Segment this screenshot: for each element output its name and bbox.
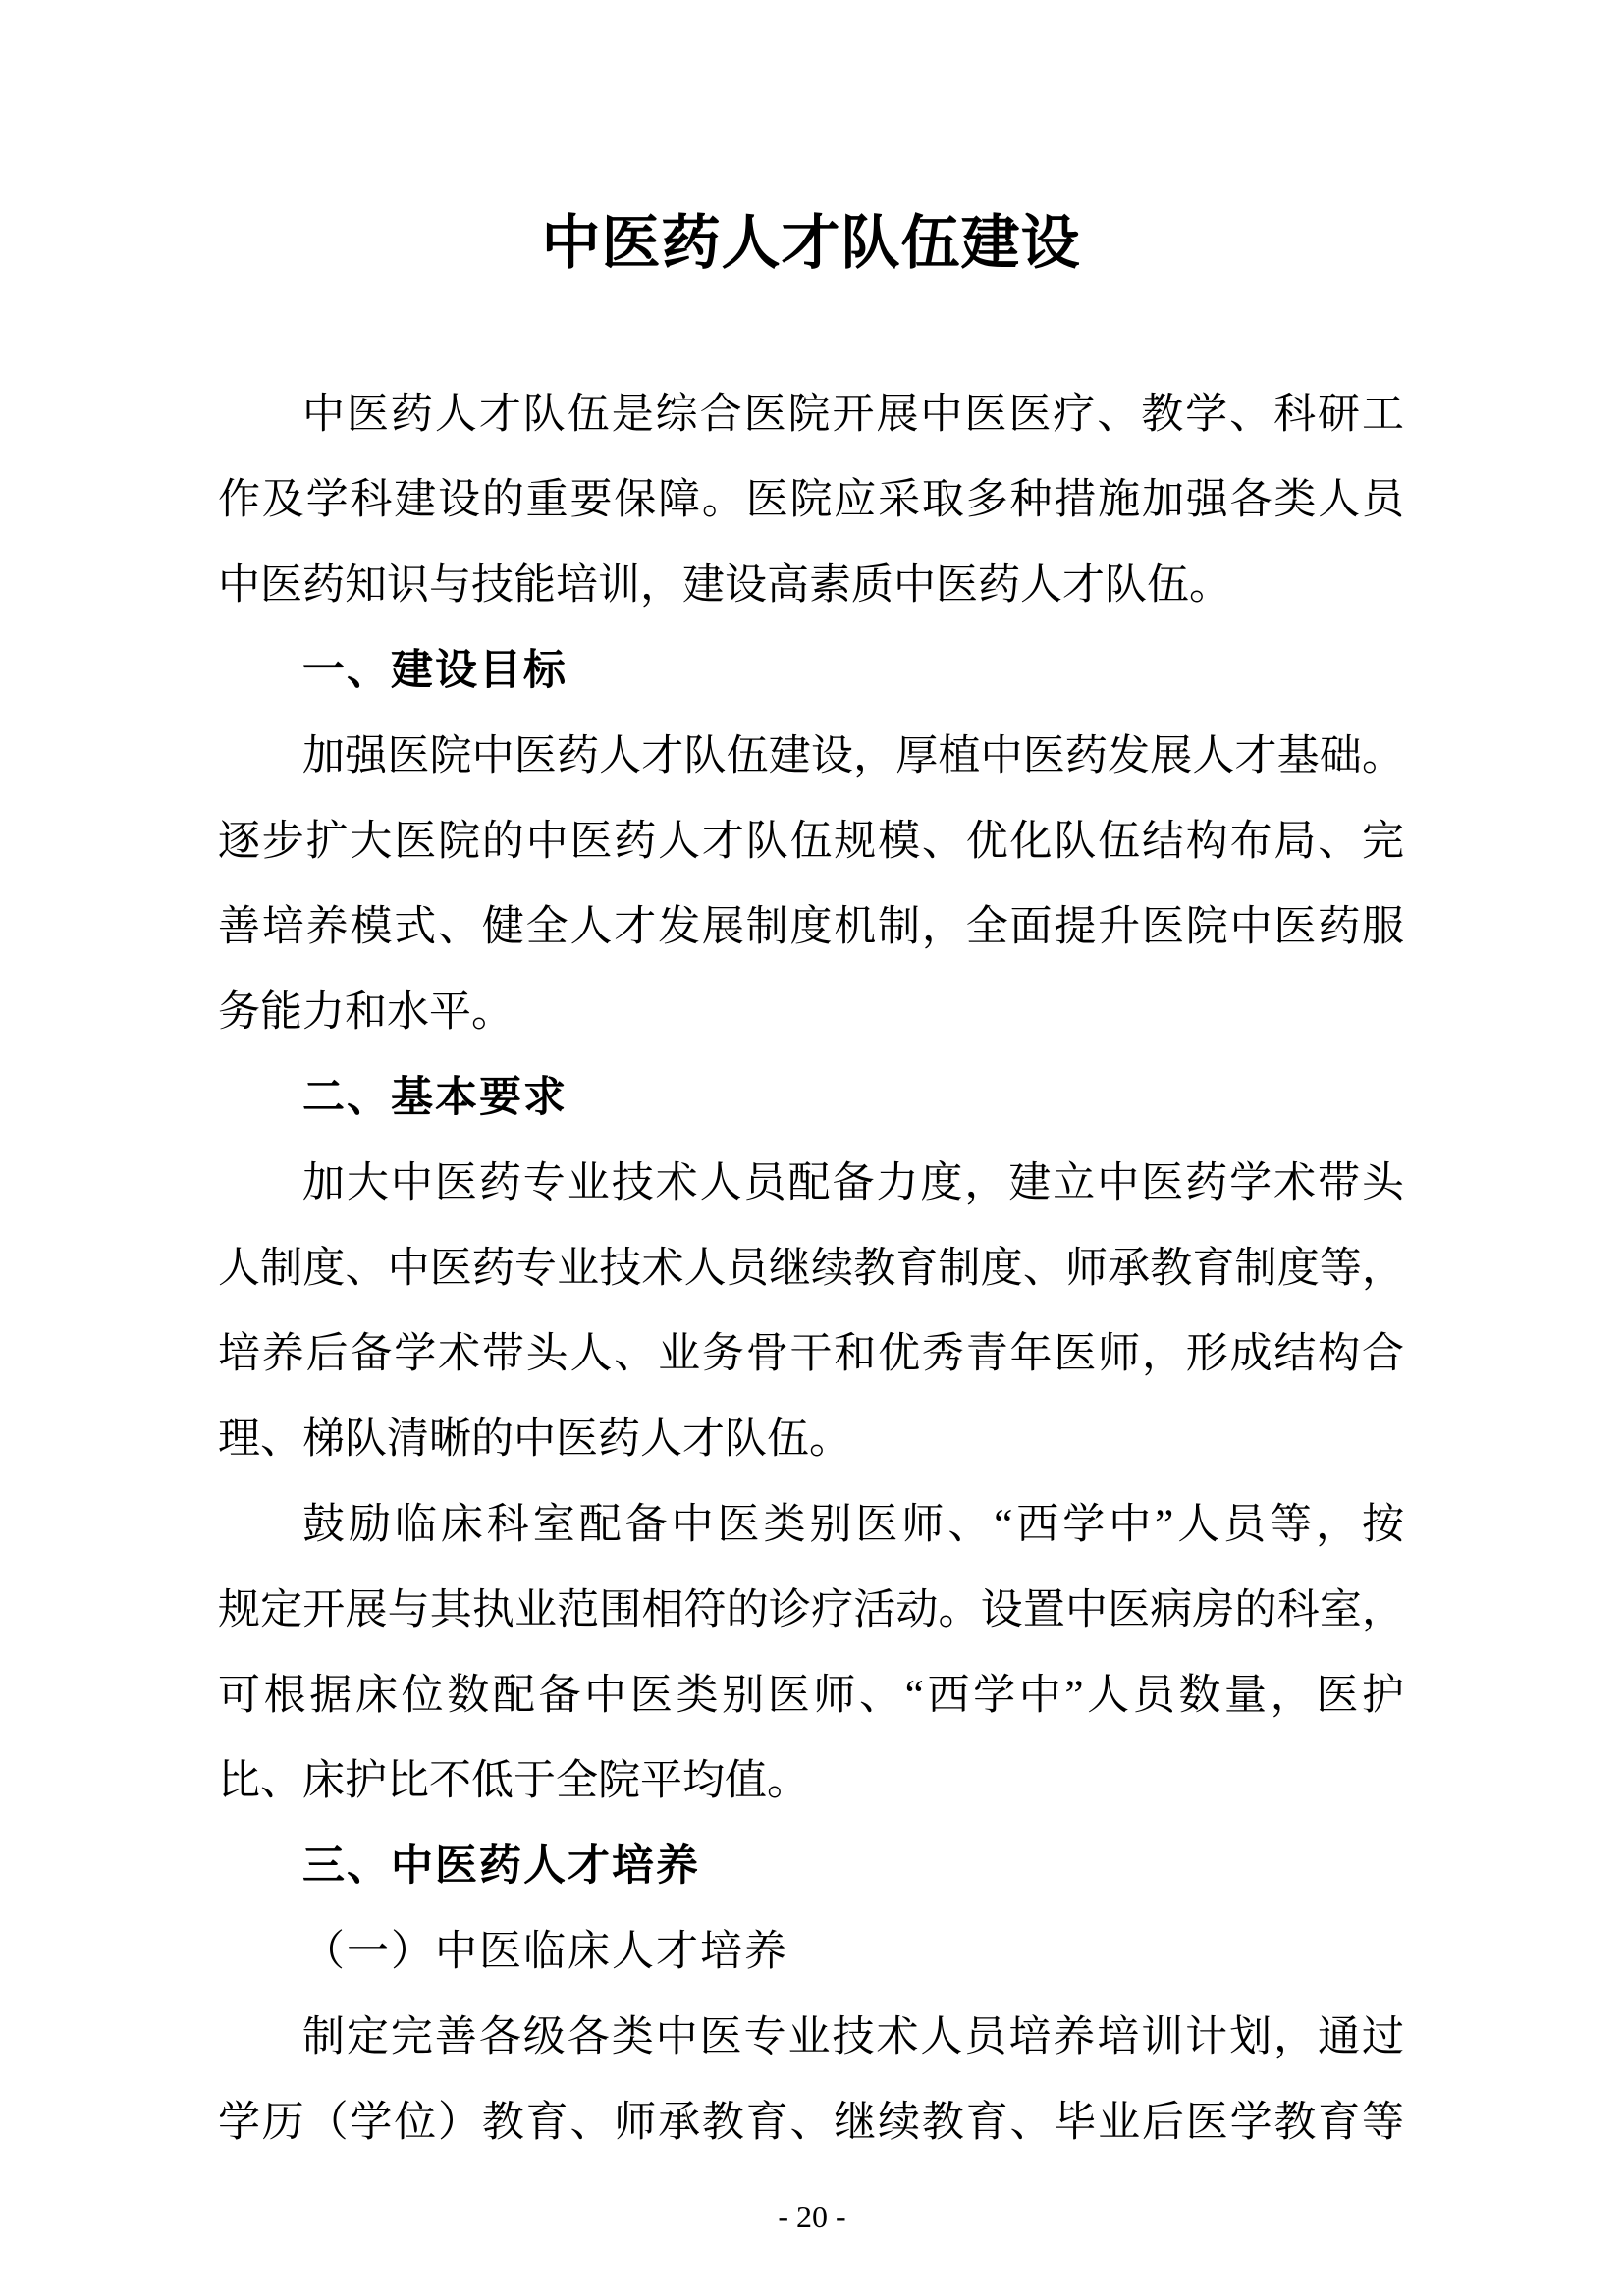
section-heading-3: 三、中医药人才培养 [218,1824,1404,1909]
intro-paragraph-line-3: 中医药知识与技能培训，建设高素质中医药人才队伍。 [218,543,1404,628]
section2-paragraph2-line-1: 鼓励临床科室配备中医类别医师、“西学中”人员等，按 [218,1482,1404,1568]
section2-paragraph1-line-1: 加大中医药专业技术人员配备力度，建立中医药学术带头 [218,1141,1404,1226]
section1-paragraph-line-4: 务能力和水平。 [218,970,1404,1055]
section2-paragraph2-line-4: 比、床护比不低于全院平均值。 [218,1738,1404,1824]
section2-paragraph2-line-2: 规定开展与其执业范围相符的诊疗活动。设置中医病房的科室， [218,1568,1404,1653]
document-page: 中医药人才队伍建设 中医药人才队伍是综合医院开展中医医疗、教学、科研工 作及学科… [0,0,1624,2296]
document-title: 中医药人才队伍建设 [218,201,1404,287]
section1-paragraph-line-3: 善培养模式、健全人才发展制度机制，全面提升医院中医药服 [218,884,1404,970]
document-body: 中医药人才队伍建设 中医药人才队伍是综合医院开展中医医疗、教学、科研工 作及学科… [218,201,1404,2165]
section3-paragraph-line-1: 制定完善各级各类中医专业技术人员培养培训计划，通过 [218,1995,1404,2080]
section2-paragraph1-line-3: 培养后备学术带头人、业务骨干和优秀青年医师，形成结构合 [218,1311,1404,1397]
section2-paragraph1-line-4: 理、梯队清晰的中医药人才队伍。 [218,1397,1404,1482]
title-spacer [218,287,1404,372]
section2-paragraph2-line-3: 可根据床位数配备中医类别医师、“西学中”人员数量，医护 [218,1653,1404,1738]
section1-paragraph-line-1: 加强医院中医药人才队伍建设，厚植中医药发展人才基础。 [218,714,1404,799]
section-heading-1: 一、建设目标 [218,628,1404,714]
section2-paragraph1-line-2: 人制度、中医药专业技术人员继续教育制度、师承教育制度等， [218,1226,1404,1311]
page-number: - 20 - [0,2193,1624,2240]
section3-paragraph-line-2: 学历（学位）教育、师承教育、继续教育、毕业后医学教育等 [218,2080,1404,2165]
subsection-heading-3-1: （一）中医临床人才培养 [218,1909,1404,1995]
intro-paragraph-line-1: 中医药人才队伍是综合医院开展中医医疗、教学、科研工 [218,372,1404,457]
intro-paragraph-line-2: 作及学科建设的重要保障。医院应采取多种措施加强各类人员 [218,457,1404,543]
section1-paragraph-line-2: 逐步扩大医院的中医药人才队伍规模、优化队伍结构布局、完 [218,799,1404,884]
section-heading-2: 二、基本要求 [218,1055,1404,1141]
